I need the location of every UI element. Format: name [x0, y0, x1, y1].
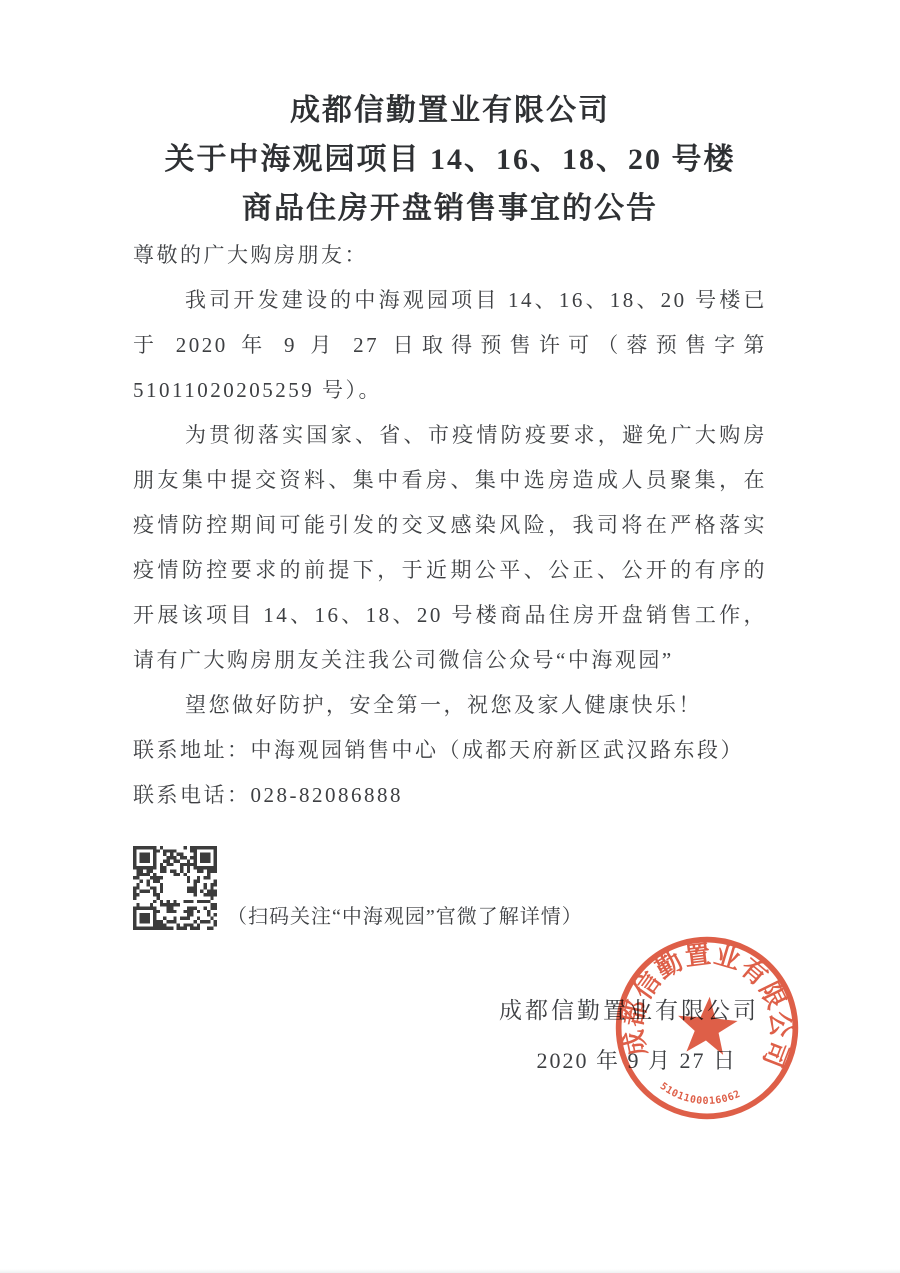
paragraph-presale-permit: 我司开发建设的中海观园项目 14、16、18、20 号楼已于 2020 年 9 …: [133, 278, 767, 413]
doc-title-line-company: 成都信勤置业有限公司: [133, 86, 767, 135]
doc-body: 尊敬的广大购房朋友： 我司开发建设的中海观园项目 14、16、18、20 号楼已…: [133, 233, 767, 818]
signature-company: 成都信勤置业有限公司: [133, 986, 767, 1036]
doc-title-line-subject: 关于中海观园项目 14、16、18、20 号楼: [133, 135, 767, 184]
doc-title: 成都信勤置业有限公司 关于中海观园项目 14、16、18、20 号楼 商品住房开…: [133, 86, 767, 233]
qr-code-image: [133, 846, 217, 930]
contact-address: 联系地址：中海观园销售中心（成都天府新区武汉路东段）: [133, 728, 767, 773]
signature-block: 成都信勤置业有限公司 2020 年 9 月 27 日: [133, 986, 767, 1086]
doc-title-line-type: 商品住房开盘销售事宜的公告: [133, 184, 767, 233]
contact-phone: 联系电话：028-82086888: [133, 773, 767, 818]
signature-date: 2020 年 9 月 27 日: [133, 1036, 767, 1086]
qr-section: （扫码关注“中海观园”官微了解详情）: [133, 846, 767, 930]
qr-caption: （扫码关注“中海观园”官微了解详情）: [227, 900, 583, 930]
paragraph-epidemic-measures: 为贯彻落实国家、省、市疫情防疫要求，避免广大购房朋友集中提交资料、集中看房、集中…: [133, 413, 767, 683]
announcement-page: 成都信勤置业有限公司 关于中海观园项目 14、16、18、20 号楼 商品住房开…: [0, 0, 900, 1273]
salutation: 尊敬的广大购房朋友：: [133, 233, 767, 278]
paragraph-wishes: 望您做好防护，安全第一，祝您及家人健康快乐！: [133, 683, 767, 728]
